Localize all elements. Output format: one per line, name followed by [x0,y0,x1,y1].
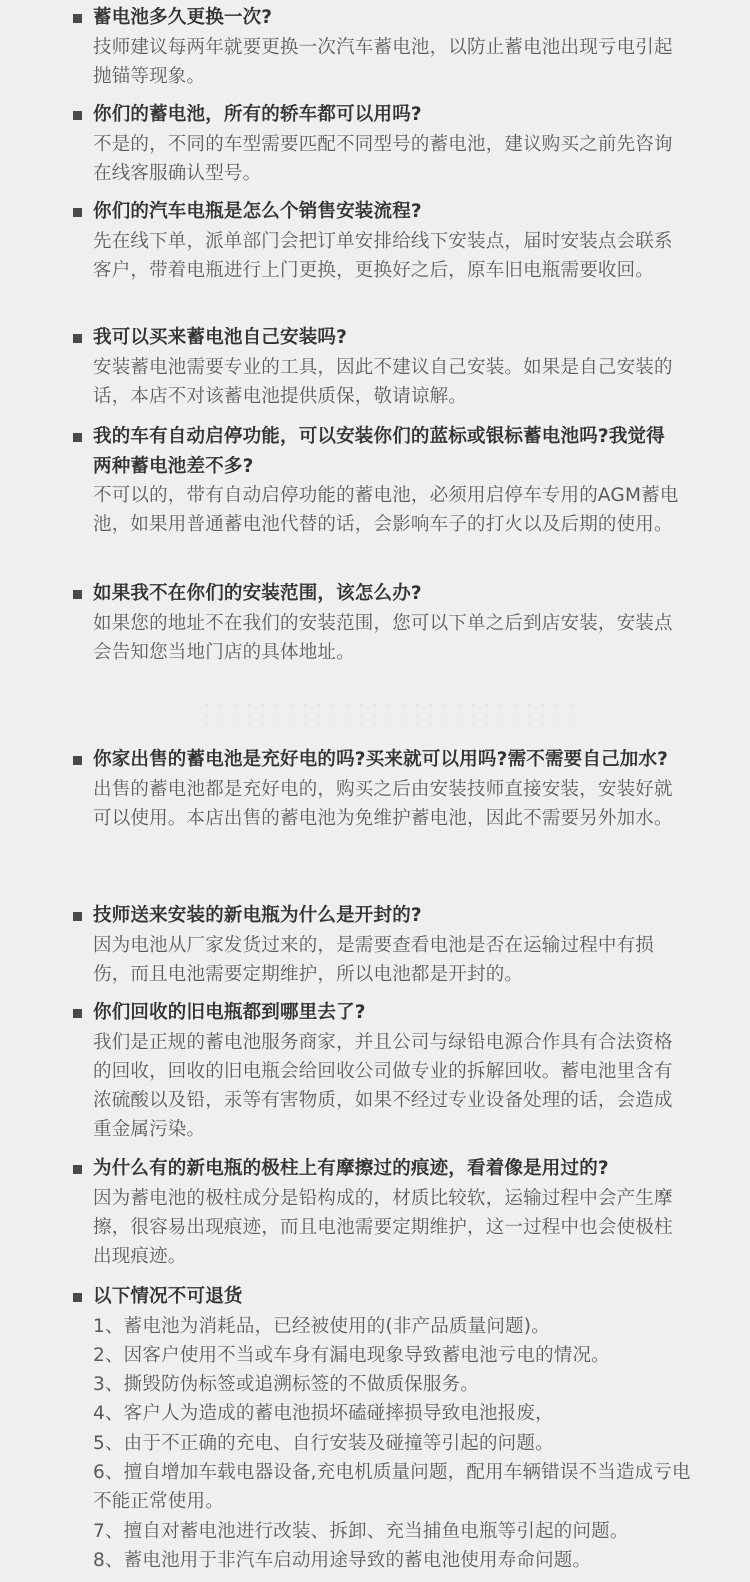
faq-answer: 不可以的，带有自动启停功能的蓄电池，必须用启停车专用的AGM蓄电池，如果用普通蓄… [93,481,683,540]
square-bullet-icon [73,208,82,217]
square-bullet-icon [73,14,82,23]
faq-question: 如果我不在你们的安装范围，该怎么办? [93,579,683,609]
list-item: 4、客户人为造成的蓄电池损坏磕碰摔损导致电池报废， [93,1399,693,1428]
faq-question: 蓄电池多久更换一次? [93,3,683,33]
square-bullet-icon [73,912,82,921]
faq-answer: 出售的蓄电池都是充好电的，购买之后由安装技师直接安装，安装好就可以使用。本店出售… [93,775,683,834]
square-bullet-icon [73,334,82,343]
list-item: 8、蓄电池用于非汽车启动用途导致的蓄电池使用寿命问题。 [93,1546,693,1575]
square-bullet-icon [73,1165,82,1174]
square-bullet-icon [73,433,82,442]
faq-item: 你们的蓄电池，所有的轿车都可以用吗? 不是的，不同的车型需要匹配不同型号的蓄电池… [0,100,750,188]
faq-item: 你们回收的旧电瓶都到哪里去了? 我们是正规的蓄电池服务商家，并且公司与绿铅电源合… [0,998,750,1145]
faq-answer: 不是的，不同的车型需要匹配不同型号的蓄电池，建议购买之前先咨询在线客服确认型号。 [93,130,683,189]
faq-item: 我可以买来蓄电池自己安装吗? 安装蓄电池需要专业的工具，因此不建议自己安装。如果… [0,323,750,411]
faq-question: 我可以买来蓄电池自己安装吗? [93,323,683,353]
faq-question: 你家出售的蓄电池是充好电的吗?买来就可以用吗?需不需要自己加水? [93,745,683,775]
faq-question: 技师送来安装的新电瓶为什么是开封的? [93,901,683,931]
faq-item: 你家出售的蓄电池是充好电的吗?买来就可以用吗?需不需要自己加水? 出售的蓄电池都… [0,745,750,833]
faq-question: 你们的蓄电池，所有的轿车都可以用吗? [93,100,683,130]
no-return-title: 以下情况不可退货 [93,1282,683,1312]
faq-answer: 因为电池从厂家发货过来的，是需要查看电池是否在运输过程中有损伤，而且电池需要定期… [93,931,683,990]
faq-item: 我的车有自动启停功能，可以安装你们的蓝标或银标蓄电池吗?我觉得两种蓄电池差不多?… [0,422,750,540]
faq-answer: 安装蓄电池需要专业的工具，因此不建议自己安装。如果是自己安装的话，本店不对该蓄电… [93,353,683,412]
list-item: 1、蓄电池为消耗品，已经被使用的(非产品质量问题)。 [93,1312,693,1341]
list-item: 2、因客户使用不当或车身有漏电现象导致蓄电池亏电的情况。 [93,1341,693,1370]
square-bullet-icon [73,1009,82,1018]
faq-answer: 技师建议每两年就要更换一次汽车蓄电池，以防止蓄电池出现亏电引起抛锚等现象。 [93,33,683,92]
faq-item: 技师送来安装的新电瓶为什么是开封的? 因为电池从厂家发货过来的，是需要查看电池是… [0,901,750,989]
decorative-dots [200,700,580,730]
faq-answer: 如果您的地址不在我们的安装范围，您可以下单之后到店安装，安装点会告知您当地门店的… [93,609,683,668]
square-bullet-icon [73,756,82,765]
list-item: 5、由于不正确的充电、自行安装及碰撞等引起的问题。 [93,1429,693,1458]
faq-item: 你们的汽车电瓶是怎么个销售安装流程? 先在线下单，派单部门会把订单安排给线下安装… [0,197,750,285]
faq-answer: 我们是正规的蓄电池服务商家，并且公司与绿铅电源合作具有合法资格的回收，回收的旧电… [93,1028,683,1145]
faq-question: 你们的汽车电瓶是怎么个销售安装流程? [93,197,683,227]
list-item: 7、擅自对蓄电池进行改装、拆卸、充当捕鱼电瓶等引起的问题。 [93,1517,693,1546]
faq-question: 你们回收的旧电瓶都到哪里去了? [93,998,683,1028]
faq-item: 为什么有的新电瓶的极柱上有摩擦过的痕迹，看着像是用过的? 因为蓄电池的极柱成分是… [0,1154,750,1271]
square-bullet-icon [73,590,82,599]
faq-item: 蓄电池多久更换一次? 技师建议每两年就要更换一次汽车蓄电池，以防止蓄电池出现亏电… [0,3,750,91]
list-item: 6、擅自增加车载电器设备,充电机质量问题，配用车辆错误不当造成亏电不能正常使用。 [93,1458,693,1517]
no-return-list: 1、蓄电池为消耗品，已经被使用的(非产品质量问题)。 2、因客户使用不当或车身有… [0,1312,750,1576]
no-return-section: 以下情况不可退货 1、蓄电池为消耗品，已经被使用的(非产品质量问题)。 2、因客… [0,1282,750,1575]
faq-answer: 先在线下单，派单部门会把订单安排给线下安装点，届时安装点会联系客户，带着电瓶进行… [93,227,683,286]
square-bullet-icon [73,1293,82,1302]
faq-item: 如果我不在你们的安装范围，该怎么办? 如果您的地址不在我们的安装范围，您可以下单… [0,579,750,667]
square-bullet-icon [73,111,82,120]
list-item: 3、撕毁防伪标签或追溯标签的不做质保服务。 [93,1370,693,1399]
faq-answer: 因为蓄电池的极柱成分是铅构成的，材质比较软，运输过程中会产生摩擦，很容易出现痕迹… [93,1184,683,1272]
faq-question: 我的车有自动启停功能，可以安装你们的蓝标或银标蓄电池吗?我觉得两种蓄电池差不多? [93,422,683,481]
faq-question: 为什么有的新电瓶的极柱上有摩擦过的痕迹，看着像是用过的? [93,1154,683,1184]
